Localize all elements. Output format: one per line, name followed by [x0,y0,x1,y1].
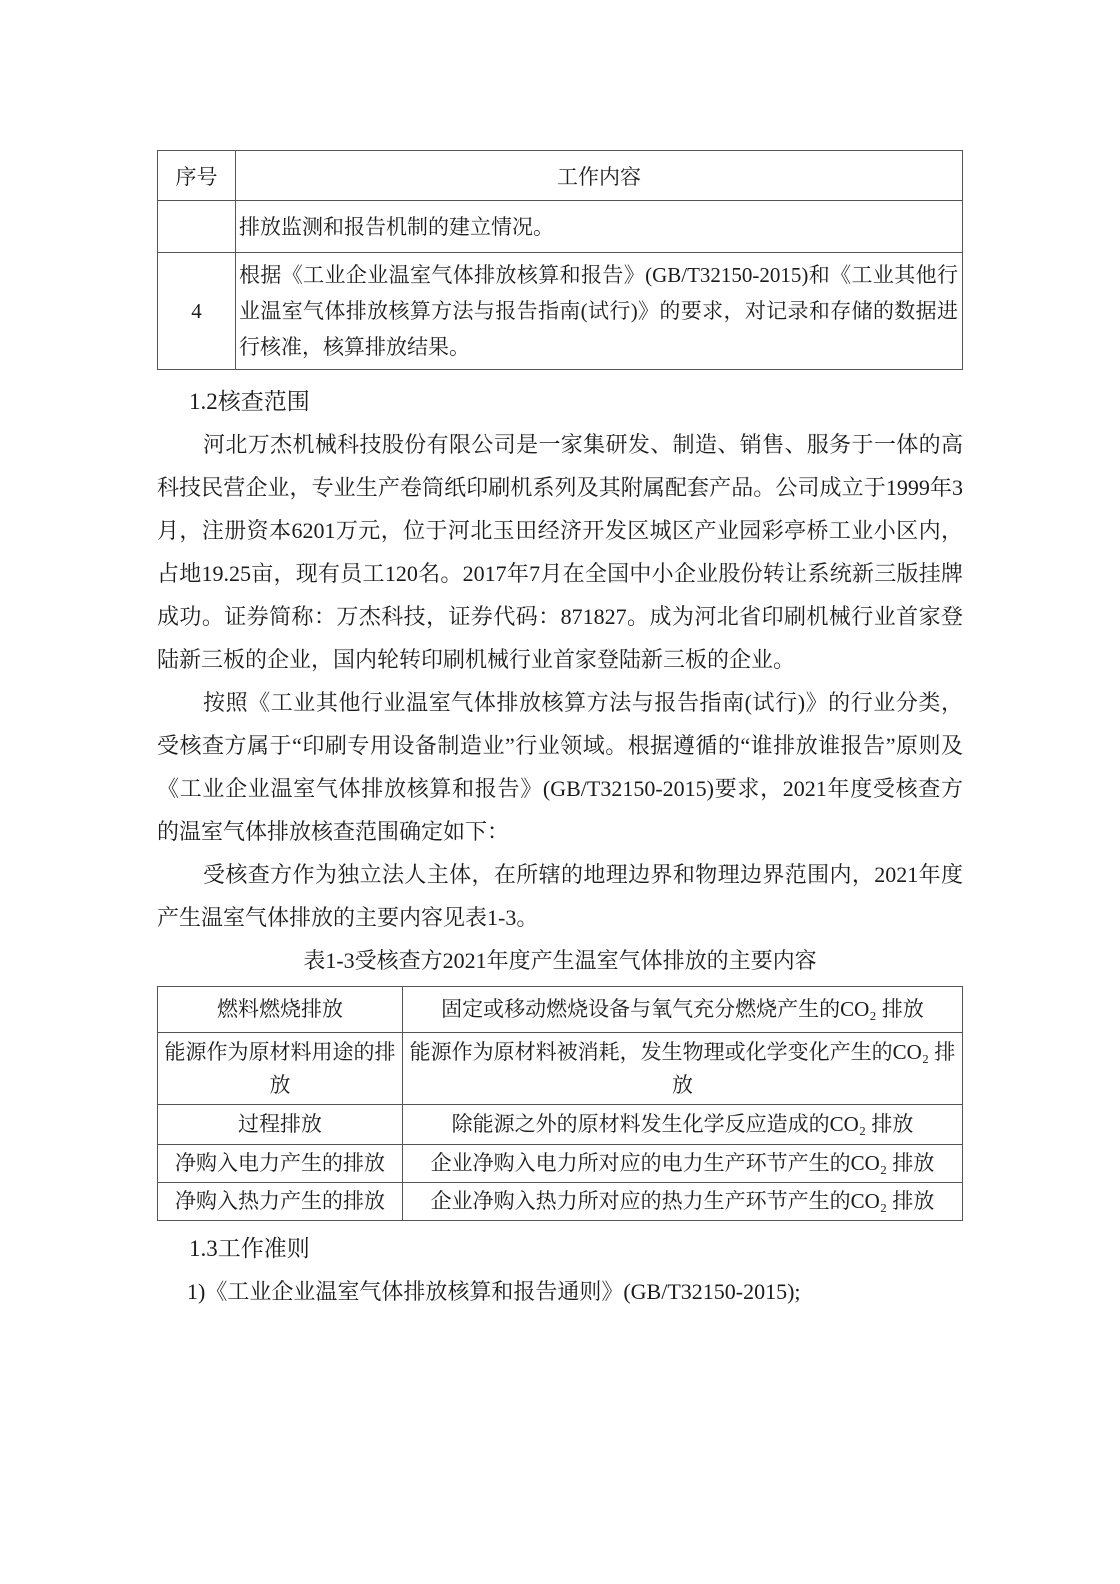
work-table-cell-no [158,201,236,253]
table-1-3-caption: 表1-3受核查方2021年度产生温室气体排放的主要内容 [157,939,963,982]
table-row: 排放监测和报告机制的建立情况。 [158,201,963,253]
paragraph-boundary: 受核查方作为独立法人主体，在所辖的地理边界和物理边界范围内，2021年度产生温室… [157,853,963,939]
paragraph-industry-classification: 按照《工业其他行业温室气体排放核算方法与报告指南(试行)》的行业分类，受核查方属… [157,681,963,853]
table-row: 净购入电力产生的排放 企业净购入电力所对应的电力生产环节产生的CO₂ 排放 [158,1145,963,1183]
section-heading-1-2: 1.2核查范围 [157,380,963,423]
emission-desc-cell: 能源作为原材料被消耗，发生物理或化学变化产生的CO₂ 排放 [403,1033,963,1105]
work-table-header-no: 序号 [158,151,236,201]
emission-content-table: 燃料燃烧排放 固定或移动燃烧设备与氧气充分燃烧产生的CO₂ 排放 能源作为原材料… [157,986,963,1221]
emission-type-cell: 过程排放 [158,1105,403,1145]
emission-type-cell: 能源作为原材料用途的排放 [158,1033,403,1105]
emission-desc-cell: 除能源之外的原材料发生化学反应造成的CO₂ 排放 [403,1105,963,1145]
emission-desc-cell: 企业净购入热力所对应的热力生产环节产生的CO₂ 排放 [403,1183,963,1221]
emission-type-cell: 净购入电力产生的排放 [158,1145,403,1183]
work-table-cell-content: 根据《工业企业温室气体排放核算和报告》(GB/T32150-2015)和《工业其… [236,253,963,370]
work-table-cell-content: 排放监测和报告机制的建立情况。 [236,201,963,253]
work-table-header-row: 序号 工作内容 [158,151,963,201]
document-content: 序号 工作内容 排放监测和报告机制的建立情况。 4 根据《工业企业温室气体排放核… [157,150,963,1313]
section-heading-1-3: 1.3工作准则 [157,1227,963,1270]
emission-type-cell: 燃料燃烧排放 [158,987,403,1033]
reference-item: 1)《工业企业温室气体排放核算和报告通则》(GB/T32150-2015); [157,1270,963,1313]
table-row: 燃料燃烧排放 固定或移动燃烧设备与氧气充分燃烧产生的CO₂ 排放 [158,987,963,1033]
table-row: 过程排放 除能源之外的原材料发生化学反应造成的CO₂ 排放 [158,1105,963,1145]
table-row: 4 根据《工业企业温室气体排放核算和报告》(GB/T32150-2015)和《工… [158,253,963,370]
emission-desc-cell: 企业净购入电力所对应的电力生产环节产生的CO₂ 排放 [403,1145,963,1183]
document-page: 序号 工作内容 排放监测和报告机制的建立情况。 4 根据《工业企业温室气体排放核… [0,0,1120,1584]
emission-type-cell: 净购入热力产生的排放 [158,1183,403,1221]
table-row: 净购入热力产生的排放 企业净购入热力所对应的热力生产环节产生的CO₂ 排放 [158,1183,963,1221]
work-table-header-content: 工作内容 [236,151,963,201]
emission-desc-cell: 固定或移动燃烧设备与氧气充分燃烧产生的CO₂ 排放 [403,987,963,1033]
table-row: 能源作为原材料用途的排放 能源作为原材料被消耗，发生物理或化学变化产生的CO₂ … [158,1033,963,1105]
work-table-cell-no: 4 [158,253,236,370]
paragraph-company-intro: 河北万杰机械科技股份有限公司是一家集研发、制造、销售、服务于一体的高科技民营企业… [157,423,963,681]
work-content-table: 序号 工作内容 排放监测和报告机制的建立情况。 4 根据《工业企业温室气体排放核… [157,150,963,370]
